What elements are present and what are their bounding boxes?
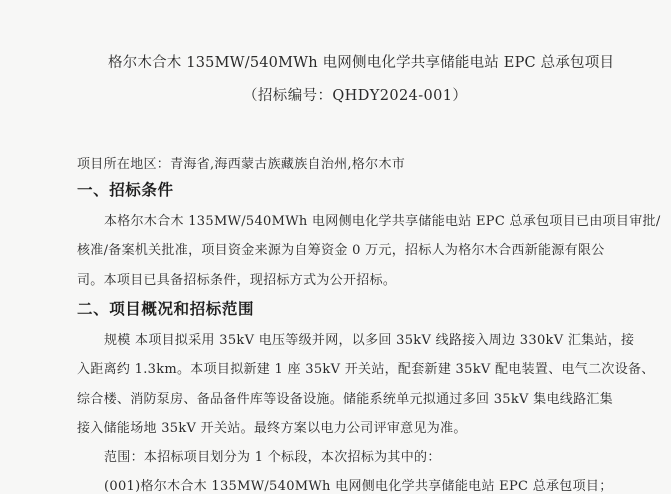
document-page: 格尔木合木 135MW/540MWh 电网侧电化学共享储能电站 EPC 总承包项… bbox=[0, 0, 671, 494]
paragraph-line: 入距离约 1.3km。本项目拟新建 1 座 35kV 开关站，配套新建 35kV… bbox=[77, 358, 655, 377]
paragraph-line: 本格尔木合木 135MW/540MWh 电网侧电化学共享储能电站 EPC 总承包… bbox=[104, 210, 661, 229]
document-title: 格尔木合木 135MW/540MWh 电网侧电化学共享储能电站 EPC 总承包项… bbox=[108, 51, 614, 72]
paragraph-line: 规模 本项目拟采用 35kV 电压等级并网，以多回 35kV 线路接入周边 33… bbox=[104, 329, 634, 348]
section-heading-tender-conditions: 一、招标条件 bbox=[77, 178, 174, 200]
tender-number: （招标编号：QHDY2024-001） bbox=[243, 84, 467, 105]
paragraph-line: 接入储能场地 35kV 开关站。最终方案以电力公司评审意见为准。 bbox=[77, 417, 467, 436]
paragraph-line: (001)格尔木合木 135MW/540MWh 电网侧电化学共享储能电站 EPC… bbox=[104, 475, 613, 494]
project-region: 项目所在地区：青海省,海西蒙古族藏族自治州,格尔木市 bbox=[77, 153, 405, 172]
section-heading-project-overview: 二、项目概况和招标范围 bbox=[77, 297, 254, 319]
paragraph-line: 核准/备案机关批准，项目资金来源为自筹资金 0 万元，招标人为格尔木合西新能源有… bbox=[77, 239, 605, 258]
paragraph-line: 司。本项目已具备招标条件，现招标方式为公开招标。 bbox=[77, 269, 396, 288]
paragraph-line: 范围：本招标项目划分为 1 个标段，本次招标为其中的： bbox=[104, 446, 441, 465]
paragraph-line: 综合楼、消防泵房、备品备件库等设备设施。储能系统单元拟通过多回 35kV 集电线… bbox=[77, 388, 613, 407]
